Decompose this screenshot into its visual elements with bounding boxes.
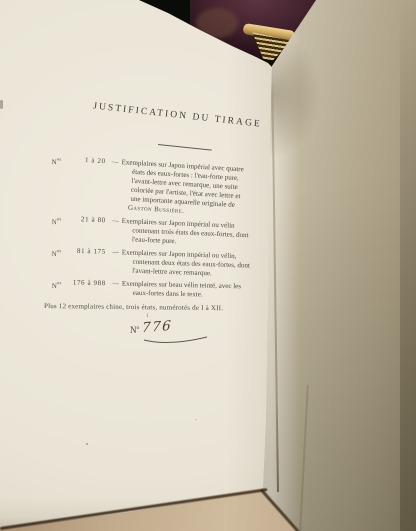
entry-text: Exemplaires sur Japon impérial ou vélin …: [121, 217, 249, 249]
entry-text: Exemplaires sur beau vélin teinté, avec …: [122, 280, 242, 301]
numero-abbreviation: Nos: [52, 278, 68, 291]
entry-text: Exemplaires sur Japon impérial avec quat…: [119, 158, 244, 219]
page-edge-mark: [0, 100, 3, 109]
em-dash: —: [108, 216, 122, 226]
page-title: JUSTIFICATION DU TIRAGE: [79, 100, 275, 131]
copy-range: 81 à 175: [68, 247, 108, 257]
em-dash: —: [108, 248, 122, 257]
numero-abbreviation: Nos: [51, 154, 68, 168]
numero-abbreviation: Nos: [51, 214, 68, 228]
foxing-speck: [195, 419, 197, 420]
numero-abbreviation: Nos: [52, 246, 68, 260]
copy-range: 1 à 20: [67, 155, 107, 166]
copy-range: 21 à 80: [68, 215, 108, 226]
foxing-speck: [86, 443, 88, 445]
copy-number: No776: [130, 320, 240, 346]
extra-copies-note: Plus 12 exemplaires chine, trois états, …: [44, 302, 223, 312]
numero-prefix: No: [130, 325, 139, 335]
page-text: JUSTIFICATION DU TIRAGE Nos 1 à 20 — Exe…: [40, 92, 295, 362]
limitation-entry-3: Nos 81 à 175 — Exemplaires sur Japon imp…: [51, 246, 250, 280]
limitation-entry-2: Nos 21 à 80 — Exemplaires sur Japon impé…: [51, 214, 249, 249]
limitation-entry-4: Nos 176 à 988 — Exemplaires sur beau vél…: [52, 278, 242, 300]
signature-mark: 1: [146, 313, 149, 319]
book-photo: JUSTIFICATION DU TIRAGE Nos 1 à 20 — Exe…: [0, 0, 416, 531]
ink-underline-flourish: [142, 332, 210, 346]
page-edge-shadow: [400, 0, 416, 531]
entry-text: Exemplaires sur Japon impérial ou vélin,…: [121, 248, 250, 279]
em-dash: —: [108, 279, 122, 288]
em-dash: —: [107, 157, 122, 167]
limitation-entry-1: Nos 1 à 20 — Exemplaires sur Japon impér…: [49, 154, 244, 219]
copy-range: 176 à 988: [68, 278, 108, 288]
title-rule: [158, 144, 212, 151]
